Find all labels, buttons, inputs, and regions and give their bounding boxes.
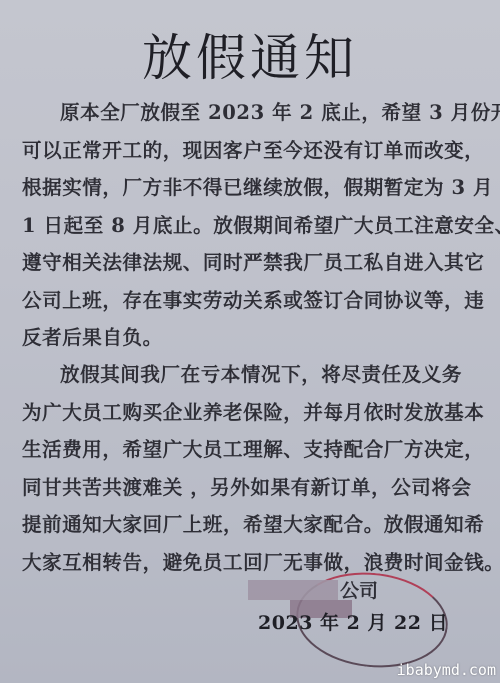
notice-document: 放假通知 原本全厂放假至 2023 年 2 底止，希望 3 月份开始 可以正常开… — [0, 0, 500, 683]
document-title: 放假通知 — [0, 18, 500, 90]
redacted-company-name — [248, 580, 338, 600]
paragraph-line: 公司上班，存在事实劳动关系或签订合同协议等，违 — [22, 282, 482, 320]
watermark: ibabymd.com — [397, 661, 496, 679]
paragraph-line: 放假其间我厂在亏本情况下，将尽责任及义务 — [22, 356, 482, 394]
paragraph-line: 1 日起至 8 月底止。放假期间希望广大员工注意安全、 — [22, 207, 482, 245]
signature-date: 2023 年 2 月 22 日 — [258, 608, 448, 635]
paragraph-line: 反者后果自负。 — [22, 319, 482, 357]
paragraph-2: 放假其间我厂在亏本情况下，将尽责任及义务 为广大员工购买企业养老保险，并每月依时… — [22, 356, 482, 581]
paragraph-line: 提前通知大家回厂上班，希望大家配合。放假通知希 — [22, 506, 482, 544]
paragraph-line: 根据实情，厂方非不得已继续放假，假期暂定为 3 月 — [22, 169, 482, 207]
paragraph-line: 可以正常开工的，现因客户至今还没有订单而改变， — [22, 132, 482, 170]
paragraph-line: 原本全厂放假至 2023 年 2 底止，希望 3 月份开始 — [22, 94, 482, 132]
paragraph-1: 原本全厂放假至 2023 年 2 底止，希望 3 月份开始 可以正常开工的，现因… — [22, 94, 482, 357]
paragraph-line: 大家互相转告，避免员工回厂无事做，浪费时间金钱。 — [22, 544, 482, 582]
paragraph-line: 同甘共苦共渡难关 ，另外如果有新订单，公司将会 — [22, 469, 482, 507]
signature-company: 公司 — [340, 576, 378, 603]
paragraph-line: 为广大员工购买企业养老保险，并每月依时发放基本 — [22, 394, 482, 432]
paragraph-line: 遵守相关法律法规、同时严禁我厂员工私自进入其它 — [22, 244, 482, 282]
paragraph-line: 生活费用，希望广大员工理解、支持配合厂方决定， — [22, 431, 482, 469]
